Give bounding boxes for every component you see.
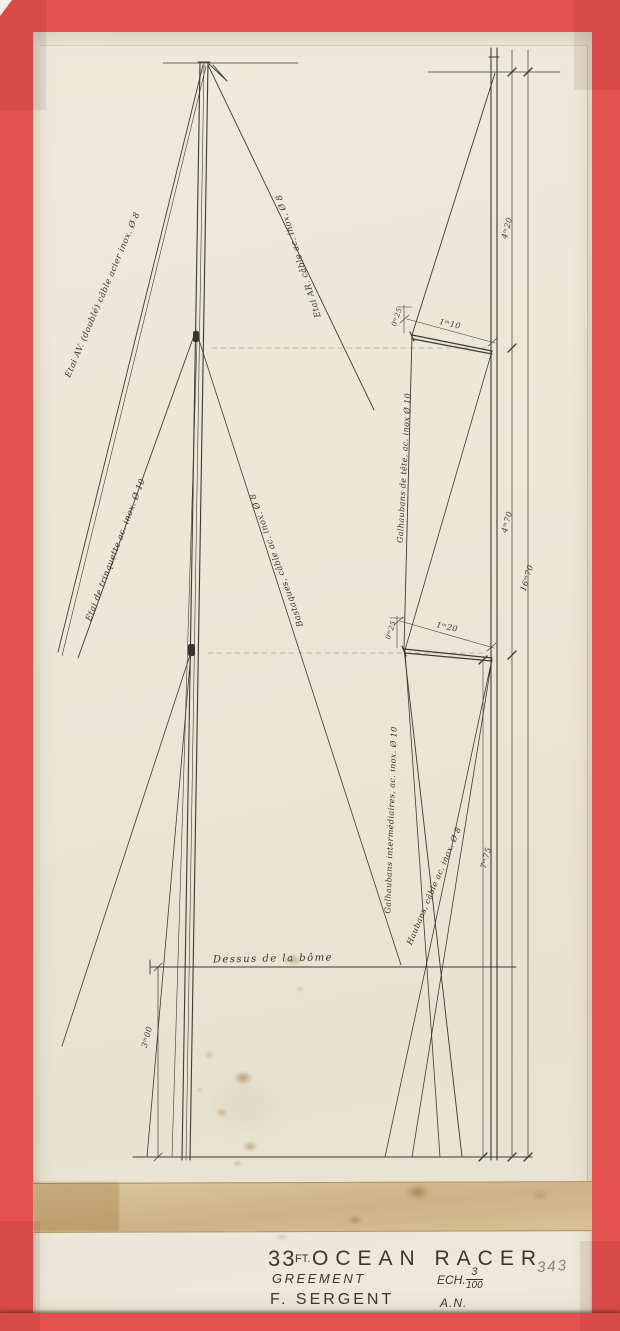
author-name: F. SERGENT [270,1291,394,1309]
framed-drawing: Etai AV. (doublé) câble acier inox. Ø 8 … [0,0,620,1331]
org-initials: A.N. [440,1296,467,1310]
tracing-sheet [40,45,588,1186]
frame-edge-right [592,0,620,1331]
frame-edge-left [0,0,33,1331]
scale-label: ECH. [437,1273,466,1287]
tape-dark-left-patch [33,1182,119,1231]
frame-edge-top [0,0,620,32]
page-title: OCEAN RACER [312,1247,543,1271]
title-size-unit: FT. [295,1253,310,1265]
frame-edge-bottom [0,1313,620,1331]
title-size: 33 [268,1246,296,1272]
title-subtitle: GREEMENT [272,1271,366,1286]
drawing-number-pencil: 343 [536,1257,568,1276]
scale-fraction: 3 100 [466,1267,483,1291]
scale-numerator: 3 [466,1267,483,1280]
scale-denominator: 100 [466,1280,483,1292]
